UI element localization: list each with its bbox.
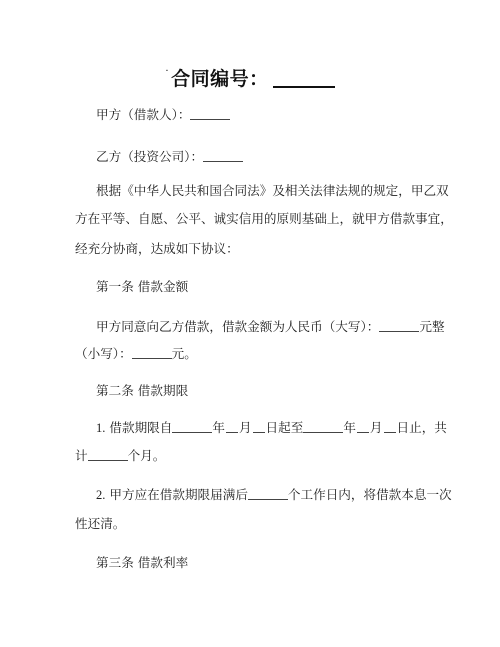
article-3-heading: 第三条 借款利率 (96, 552, 188, 571)
preamble-line-1: 根据《中华人民共和国合同法》及相关法律法规的规定，甲乙双 (96, 180, 449, 199)
total-months-blank[interactable] (88, 448, 128, 461)
amount-uppercase-blank[interactable] (379, 319, 419, 332)
contract-number-title: ·合同编号： (0, 64, 500, 91)
start-month-blank[interactable] (226, 420, 238, 433)
item-2-number: 2. (96, 488, 105, 502)
article-2-item-2-line-2: 性还清。 (75, 513, 125, 532)
party-b-line: 乙方（投资公司）： (96, 146, 243, 165)
start-day-blank[interactable] (253, 420, 265, 433)
repay-prefix: 甲方应在借款期限届满后 (109, 487, 248, 502)
party-a-label: 甲方（借款人）： (96, 107, 190, 122)
end-month-blank[interactable] (357, 420, 369, 433)
party-a-blank[interactable] (190, 107, 230, 120)
document-page: ·合同编号： 甲方（借款人）： 乙方（投资公司）： 根据《中华人民共和国合同法》… (0, 0, 500, 647)
day-from-label: 日起至 (266, 420, 304, 435)
contract-number-label: 合同编号： (171, 68, 269, 90)
article-2-item-1-line-2: 计个月。 (75, 445, 165, 464)
article-1-line-1: 甲方同意向乙方借款，借款金额为人民币（大写）：元整 (96, 316, 445, 335)
months-suffix: 个月。 (128, 448, 166, 463)
total-label: 计 (75, 448, 88, 463)
end-year-blank[interactable] (303, 420, 343, 433)
party-b-blank[interactable] (203, 149, 243, 162)
preamble-line-3: 经充分协商，达成如下协议： (75, 238, 239, 257)
amount-uppercase-label: 甲方同意向乙方借款，借款金额为人民币（大写）： (96, 319, 379, 334)
year-label: 年 (212, 420, 225, 435)
start-year-blank[interactable] (172, 420, 212, 433)
article-1-heading: 第一条 借款金额 (96, 276, 188, 295)
amount-lowercase-suffix: 元。 (172, 346, 197, 361)
end-day-blank[interactable] (384, 420, 396, 433)
year-label-2: 年 (343, 420, 356, 435)
item-1-number: 1. (96, 421, 105, 435)
article-1-line-2: （小写）：元。 (75, 343, 197, 362)
working-days-blank[interactable] (248, 487, 288, 500)
term-from-label: 借款期限自 (109, 420, 172, 435)
article-2-item-1-line-1: 1. 借款期限自年月日起至年月日止，共 (96, 417, 447, 436)
party-b-label: 乙方（投资公司）： (96, 149, 203, 164)
day-to-label: 日止，共 (397, 420, 447, 435)
party-a-line: 甲方（借款人）： (96, 104, 230, 123)
preamble-line-2: 方在平等、自愿、公平、诚实信用的原则基础上，就甲方借款事宜， (75, 208, 453, 227)
month-label: 月 (239, 420, 252, 435)
month-label-2: 月 (370, 420, 383, 435)
repay-suffix: 个工作日内，将借款本息一次 (288, 487, 452, 502)
amount-lowercase-label: （小写）： (75, 346, 132, 361)
article-2-item-2-line-1: 2. 甲方应在借款期限届满后个工作日内，将借款本息一次 (96, 484, 452, 503)
article-2-heading: 第二条 借款期限 (96, 380, 188, 399)
amount-uppercase-suffix: 元整 (419, 319, 444, 334)
contract-number-blank[interactable] (273, 68, 335, 88)
amount-lowercase-blank[interactable] (132, 346, 172, 359)
title-dot: · (165, 66, 169, 77)
